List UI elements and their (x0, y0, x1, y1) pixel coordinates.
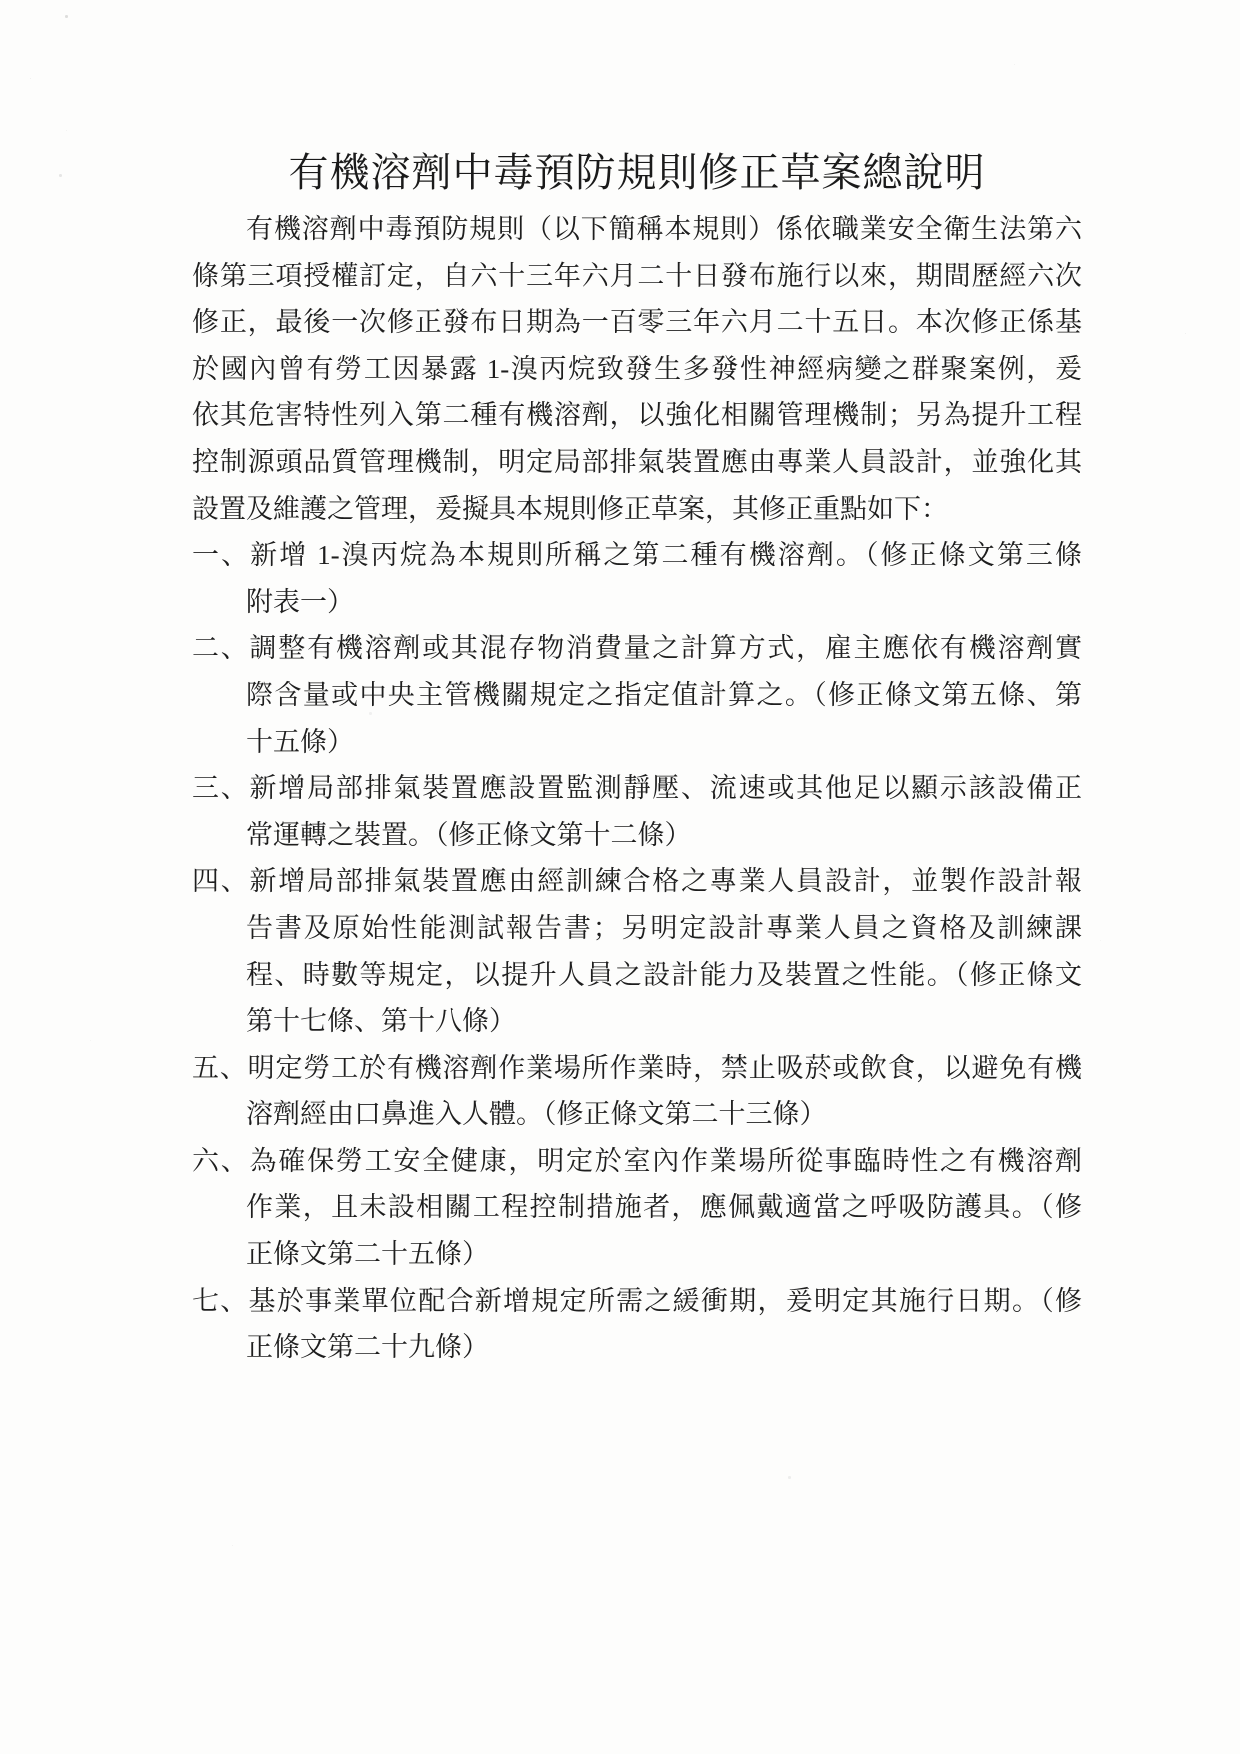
list-item-3: 三、新增局部排氣裝置應設置監測靜壓、流速或其他足以顯示該設備正常運轉之裝置。（修… (192, 765, 1082, 858)
text-line: 溶劑經由口鼻進入人體。（修正條文第二十三條） (246, 1091, 1082, 1138)
document-title: 有機溶劑中毒預防規則修正草案總說明 (192, 146, 1082, 200)
text-line: 五、明定勞工於有機溶劑作業場所作業時，禁止吸菸或飲食，以避免有機 (246, 1045, 1082, 1092)
text-line: 作業，且未設相關工程控制措施者，應佩戴適當之呼吸防護具。（修 (246, 1184, 1082, 1231)
text-line: 十五條） (246, 719, 1082, 766)
text-line: 常運轉之裝置。（修正條文第十二條） (246, 812, 1082, 859)
text-line: 條第三項授權訂定，自六十三年六月二十日發布施行以來，期間歷經六次 (192, 253, 1082, 300)
scanned-page: 有機溶劑中毒預防規則修正草案總說明 有機溶劑中毒預防規則（以下簡稱本規則）係依職… (0, 0, 1240, 1754)
text-line: 附表一） (246, 579, 1082, 626)
list-item-6: 六、為確保勞工安全健康，明定於室內作業場所從事臨時性之有機溶劑作業，且未設相關工… (192, 1138, 1082, 1278)
text-line: 控制源頭品質管理機制，明定局部排氣裝置應由專業人員設計，並強化其 (192, 439, 1082, 486)
text-line: 第十七條、第十八條） (246, 998, 1082, 1045)
text-line: 有機溶劑中毒預防規則（以下簡稱本規則）係依職業安全衛生法第六 (192, 206, 1082, 253)
list-item-1: 一、新增 1-溴丙烷為本規則所稱之第二種有機溶劑。（修正條文第三條附表一） (192, 532, 1082, 625)
list-item-2: 二、調整有機溶劑或其混存物消費量之計算方式，雇主應依有機溶劑實際含量或中央主管機… (192, 625, 1082, 765)
list-item-5: 五、明定勞工於有機溶劑作業場所作業時，禁止吸菸或飲食，以避免有機溶劑經由口鼻進入… (192, 1045, 1082, 1138)
text-line: 四、新增局部排氣裝置應由經訓練合格之專業人員設計，並製作設計報 (246, 858, 1082, 905)
text-line: 六、為確保勞工安全健康，明定於室內作業場所從事臨時性之有機溶劑 (246, 1138, 1082, 1185)
text-line: 修正，最後一次修正發布日期為一百零三年六月二十五日。本次修正係基 (192, 299, 1082, 346)
document-body: 有機溶劑中毒預防規則（以下簡稱本規則）係依職業安全衛生法第六條第三項授權訂定，自… (192, 206, 1082, 1371)
text-line: 正條文第二十九條） (246, 1324, 1082, 1371)
intro-paragraph: 有機溶劑中毒預防規則（以下簡稱本規則）係依職業安全衛生法第六條第三項授權訂定，自… (192, 206, 1082, 532)
text-line: 程、時數等規定，以提升人員之設計能力及裝置之性能。（修正條文 (246, 952, 1082, 999)
text-line: 設置及維護之管理，爰擬具本規則修正草案，其修正重點如下： (192, 486, 1082, 533)
text-line: 三、新增局部排氣裝置應設置監測靜壓、流速或其他足以顯示該設備正 (246, 765, 1082, 812)
text-line: 一、新增 1-溴丙烷為本規則所稱之第二種有機溶劑。（修正條文第三條 (246, 532, 1082, 579)
text-line: 正條文第二十五條） (246, 1231, 1082, 1278)
list-item-7: 七、基於事業單位配合新增規定所需之緩衝期，爰明定其施行日期。（修正條文第二十九條… (192, 1278, 1082, 1371)
text-line: 際含量或中央主管機關規定之指定值計算之。（修正條文第五條、第 (246, 672, 1082, 719)
document-content: 有機溶劑中毒預防規則修正草案總說明 有機溶劑中毒預防規則（以下簡稱本規則）係依職… (192, 146, 1082, 1371)
list-item-4: 四、新增局部排氣裝置應由經訓練合格之專業人員設計，並製作設計報告書及原始性能測試… (192, 858, 1082, 1044)
text-line: 告書及原始性能測試報告書；另明定設計專業人員之資格及訓練課 (246, 905, 1082, 952)
text-line: 七、基於事業單位配合新增規定所需之緩衝期，爰明定其施行日期。（修 (246, 1278, 1082, 1325)
text-line: 依其危害特性列入第二種有機溶劑，以強化相關管理機制；另為提升工程 (192, 392, 1082, 439)
text-line: 於國內曾有勞工因暴露 1-溴丙烷致發生多發性神經病變之群聚案例，爰 (192, 346, 1082, 393)
text-line: 二、調整有機溶劑或其混存物消費量之計算方式，雇主應依有機溶劑實 (246, 625, 1082, 672)
scan-noise (0, 0, 1, 1)
